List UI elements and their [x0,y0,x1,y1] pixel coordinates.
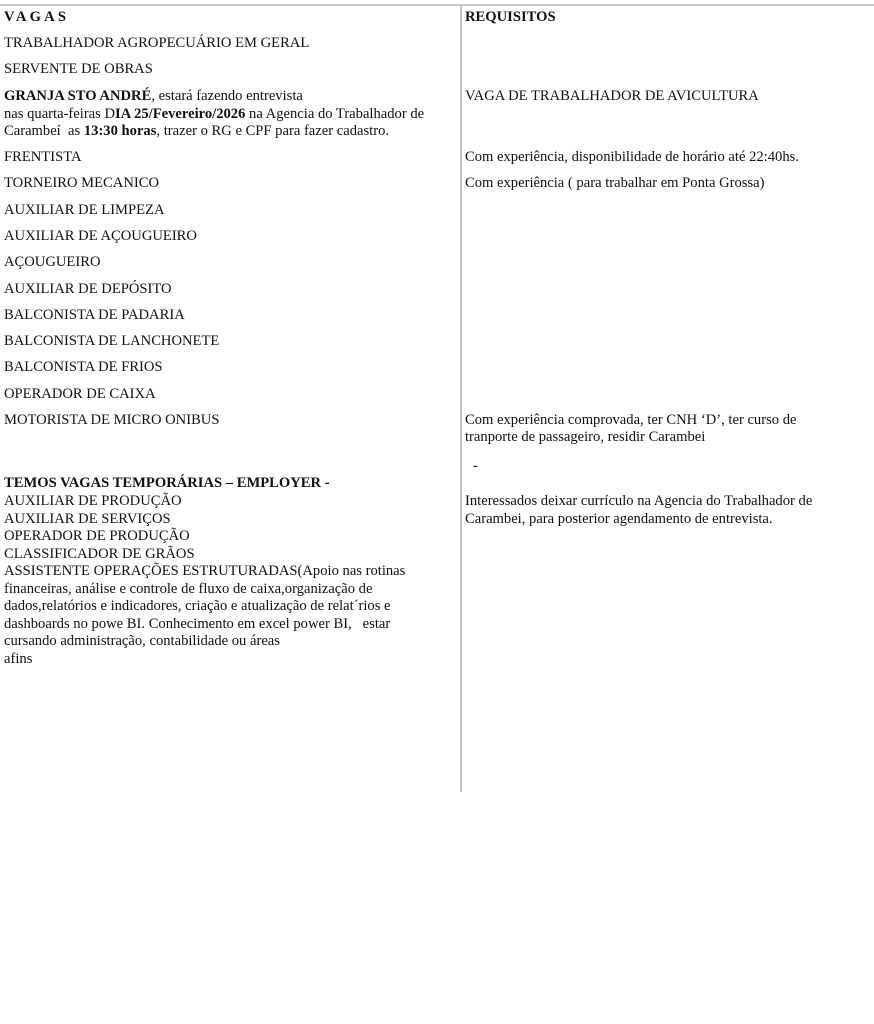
vaga-item: BALCONISTA DE FRIOS [4,359,163,377]
granja-text: , trazer o RG e CPF para fazer cadastro. [156,123,389,139]
vaga-item: AUXILIAR DE AÇOUGUEIRO [4,228,197,246]
granja-text: , estará fazendo entrevista [151,88,303,104]
assistente-line: financeiras, análise e controle de fluxo… [4,581,372,599]
granja-text: na Agencia do Trabalhador de [245,106,424,122]
temporaria-item: OPERADOR DE PRODUÇÃO [4,528,190,546]
assistente-line: cursando administração, contabilidade ou… [4,633,280,651]
granja-notice-line-1: GRANJA STO ANDRÉ, estará fazendo entrevi… [4,88,303,106]
granja-notice-line-2: nas quarta-feiras DIA 25/Fevereiro/2026 … [4,106,424,124]
requisito-text: Interessados deixar currículo na Agencia… [465,493,855,528]
vaga-item: OPERADOR DE CAIXA [4,386,156,404]
granja-text: Carambeí as [4,123,84,139]
temporaria-item: AUXILIAR DE SERVIÇOS [4,511,171,529]
granja-notice-line-3: Carambeí as 13:30 horas, trazer o RG e C… [4,123,389,141]
requisito-text: Com experiência, disponibilidade de horá… [465,149,799,167]
requisito-text: Com experiência comprovada, ter CNH ‘D’,… [465,412,835,447]
requisitos-header: REQUISITOS [465,9,556,27]
vaga-item: AUXILIAR DE DEPÓSITO [4,281,172,299]
vaga-item: FRENTISTA [4,149,81,167]
temporaria-item: CLASSIFICADOR DE GRÃOS [4,546,195,564]
assistente-line: dashboards no powe BI. Conhecimento em e… [4,616,390,634]
requisito-text: VAGA DE TRABALHADOR DE AVICULTURA [465,88,759,106]
vaga-item: TORNEIRO MECANICO [4,175,159,193]
table-top-border [0,4,874,6]
vaga-item: BALCONISTA DE PADARIA [4,307,185,325]
vaga-item: SERVENTE DE OBRAS [4,61,153,79]
vaga-item: AÇOUGUEIRO [4,254,100,272]
vagas-header: VAGAS [4,9,69,27]
column-divider [460,5,462,792]
granja-name: GRANJA STO ANDRÉ [4,88,151,104]
assistente-line: ASSISTENTE OPERAÇÕES ESTRUTURADAS(Apoio … [4,563,405,581]
dash-text: - [473,458,478,476]
vaga-item: BALCONISTA DE LANCHONETE [4,333,219,351]
granja-time: 13:30 horas [84,123,157,139]
assistente-line: afins [4,651,32,669]
requisito-text: Com experiência ( para trabalhar em Pont… [465,175,764,193]
vaga-item: MOTORISTA DE MICRO ONIBUS [4,412,219,430]
vaga-item: AUXILIAR DE LIMPEZA [4,202,165,220]
vaga-item: TRABALHADOR AGROPECUÁRIO EM GERAL [4,35,309,53]
granja-text: nas quarta-feiras D [4,106,115,122]
granja-date: IA 25/Fevereiro/2026 [115,106,245,122]
assistente-line: dados,relatórios e indicadores, criação … [4,598,391,616]
temporarias-heading: TEMOS VAGAS TEMPORÁRIAS – EMPLOYER - [4,475,330,493]
temporaria-item: AUXILIAR DE PRODUÇÃO [4,493,182,511]
